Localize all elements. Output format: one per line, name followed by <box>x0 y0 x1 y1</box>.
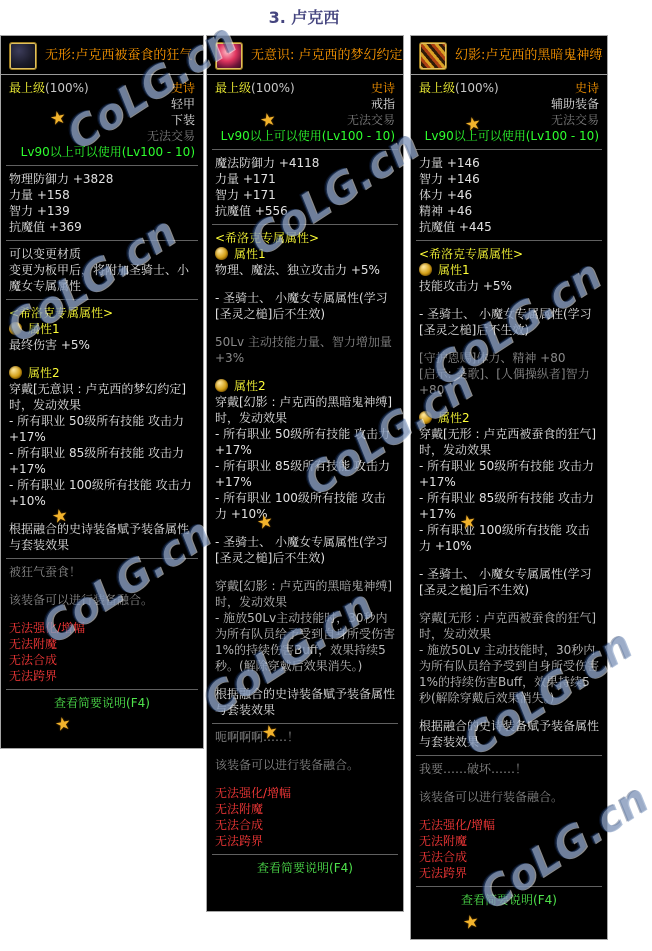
spacer <box>215 366 395 378</box>
sirocco-attribute-icon <box>215 247 228 260</box>
restriction-line: 无法合成 <box>419 849 599 865</box>
restriction-line: 无法附魔 <box>9 636 195 652</box>
tooltip-line: - 所有职业 50级所有技能 攻击力 +17% <box>9 413 195 445</box>
trade-restriction: 无法交易 <box>419 112 599 128</box>
restriction-line: 无法强化/增幅 <box>419 817 599 833</box>
separator <box>416 149 602 150</box>
grade-left: 最上级(100%) <box>215 80 295 96</box>
grade-row: 最上级(100%)史诗 <box>215 80 395 96</box>
tooltip-line: 50Lv 主动技能力量、智力增加量 +3% <box>215 334 395 366</box>
attribute-header: 属性2 <box>215 378 395 394</box>
tooltip-line: - 圣骑士、 小魔女专属属性(学习[圣灵之槌]后不生效) <box>419 306 599 338</box>
restriction-line: 无法合成 <box>215 817 395 833</box>
item-name: 幻影:卢克西的黑暗鬼神缚 <box>455 48 602 64</box>
separator <box>6 558 198 559</box>
rarity-label: 史诗 <box>371 80 395 96</box>
sirocco-attribute-icon <box>9 366 22 379</box>
attribute-header: 属性1 <box>9 321 195 337</box>
restriction-line: 无法强化/增幅 <box>9 620 195 636</box>
spacer <box>419 805 599 817</box>
tooltip-line: - 所有职业 100级所有技能 攻击力 +10% <box>215 490 395 522</box>
separator <box>6 299 198 300</box>
level-requirement: Lv90以上可以使用(Lv100 - 10) <box>215 128 395 144</box>
sirocco-attribute-icon <box>9 322 22 335</box>
grade-percent: (100%) <box>251 81 295 95</box>
tooltip-line: 穿戴[无形 : 卢克西被蚕食的狂气]时，发动效果 <box>419 426 599 458</box>
tooltip-line: 技能攻击力 +5% <box>419 278 599 294</box>
spacer <box>215 745 395 757</box>
ring-item-icon <box>215 42 243 70</box>
tooltip-line: - 所有职业 85级所有技能 攻击力 +17% <box>9 445 195 477</box>
separator <box>6 689 198 690</box>
tooltip-line: 智力 +146 <box>419 171 599 187</box>
title-separator <box>1 74 203 75</box>
item-name: 无形:卢克西被蚕食的狂气 <box>45 48 192 64</box>
item-type-label: 下装 <box>9 112 195 128</box>
tooltip-line: 呃啊啊啊……！ <box>215 729 395 745</box>
tooltip-line: 被狂气蚕食！ <box>9 564 195 580</box>
tooltip-line: <希洛克专属属性> <box>215 230 395 246</box>
trade-restriction: 无法交易 <box>215 112 395 128</box>
spacer <box>215 278 395 290</box>
spacer <box>9 353 195 365</box>
spacer <box>215 566 395 578</box>
tooltip-line: - 所有职业 100级所有技能 攻击力 +10% <box>419 522 599 554</box>
item-type-label: 戒指 <box>215 96 395 112</box>
sirocco-attribute-icon <box>419 411 432 424</box>
separator <box>212 854 398 855</box>
tooltip-line: 智力 +139 <box>9 203 195 219</box>
separator <box>212 149 398 150</box>
tooltip-line: 智力 +171 <box>215 187 395 203</box>
title-separator <box>207 74 403 75</box>
tooltip-line: [启示: 圣歌]、[人偶操纵者]智力 +80 <box>419 366 599 398</box>
spacer <box>9 608 195 620</box>
tooltip-line: 力量 +171 <box>215 171 395 187</box>
tooltip-line: - 圣骑士、 小魔女专属属性(学习[圣灵之槌]后不生效) <box>419 566 599 598</box>
tooltip-line: 力量 +158 <box>9 187 195 203</box>
view-summary-hint: 查看简要说明(F4) <box>9 695 195 711</box>
spacer <box>419 398 599 410</box>
tooltip-line: [守护恩赐]体力、精神 +80 <box>419 350 599 366</box>
separator <box>212 224 398 225</box>
item-grade: 最上级 <box>215 81 251 95</box>
item-tooltip-wuxing-pants: 无形:卢克西被蚕食的狂气最上级(100%)史诗轻甲下装无法交易Lv90以上可以使… <box>0 35 204 749</box>
view-summary-hint: 查看简要说明(F4) <box>215 860 395 876</box>
trade-restriction: 无法交易 <box>9 128 195 144</box>
restriction-line: 无法附魔 <box>419 833 599 849</box>
tooltip-line: - 所有职业 50级所有技能 攻击力 +17% <box>215 426 395 458</box>
tooltip-line: - 圣骑士、 小魔女专属属性(学习[圣灵之槌]后不生效) <box>215 534 395 566</box>
spacer <box>419 777 599 789</box>
tooltip-line: 物理防御力 +3828 <box>9 171 195 187</box>
grade-left: 最上级(100%) <box>9 80 89 96</box>
tooltip-line: - 所有职业 85级所有技能 攻击力 +17% <box>215 458 395 490</box>
grade-percent: (100%) <box>45 81 89 95</box>
pants-item-icon <box>9 42 37 70</box>
spacer <box>215 522 395 534</box>
tooltip-line: - 圣骑士、 小魔女专属属性(学习[圣灵之槌]后不生效) <box>215 290 395 322</box>
spacer <box>215 674 395 686</box>
item-grade: 最上级 <box>9 81 45 95</box>
tooltip-line: 抗魔值 +556 <box>215 203 395 219</box>
rarity-label: 史诗 <box>171 80 195 96</box>
level-requirement: Lv90以上可以使用(Lv100 - 10) <box>419 128 599 144</box>
tooltip-line: - 所有职业 85级所有技能 攻击力 +17% <box>419 490 599 522</box>
spacer <box>419 294 599 306</box>
tooltip-line: 穿戴[无形 : 卢克西被蚕食的狂气]时，发动效果 <box>419 610 599 642</box>
tooltip-line: 魔法防御力 +4118 <box>215 155 395 171</box>
tooltip-line: - 施放50Lv主动技能时，30秒内为所有队员给予受到自身所受伤害1%的持续伤害… <box>215 610 395 674</box>
grade-row: 最上级(100%)史诗 <box>9 80 195 96</box>
attribute-label: 属性2 <box>438 411 470 425</box>
tooltip-line: 力量 +146 <box>419 155 599 171</box>
restriction-line: 无法跨界 <box>9 668 195 684</box>
tooltip-line: 根据融合的史诗装备赋予装备属性与套装效果 <box>215 686 395 718</box>
tooltip-line: 体力 +46 <box>419 187 599 203</box>
tooltip-line: 物理、魔法、独立攻击力 +5% <box>215 262 395 278</box>
tooltip-line: 精神 +46 <box>419 203 599 219</box>
tooltip-line: 穿戴[无意识 : 卢克西的梦幻约定]时，发动效果 <box>9 381 195 413</box>
spacer <box>215 773 395 785</box>
grade-row: 最上级(100%)史诗 <box>419 80 599 96</box>
tooltip-titlebar: 无形:卢克西被蚕食的狂气 <box>9 41 195 74</box>
tooltip-line: <希洛克专属属性> <box>419 246 599 262</box>
restriction-line: 无法强化/增幅 <box>215 785 395 801</box>
item-type-label: 辅助装备 <box>419 96 599 112</box>
spacer <box>419 338 599 350</box>
rarity-label: 史诗 <box>575 80 599 96</box>
grade-left: 最上级(100%) <box>419 80 499 96</box>
item-type-label: 轻甲 <box>9 96 195 112</box>
tooltip-line: 根据融合的史诗装备赋予装备属性与套装效果 <box>419 718 599 750</box>
tooltip-line: 该装备可以进行装备融合。 <box>419 789 599 805</box>
restriction-line: 无法合成 <box>9 652 195 668</box>
page-title: 3. 卢克西 <box>0 5 608 28</box>
title-separator <box>411 74 607 75</box>
level-requirement: Lv90以上可以使用(Lv100 - 10) <box>9 144 195 160</box>
tooltip-line: - 所有职业 100级所有技能 攻击力 +10% <box>9 477 195 509</box>
attribute-header: 属性2 <box>419 410 599 426</box>
restriction-line: 无法跨界 <box>419 865 599 881</box>
tooltip-line: - 施放50Lv 主动技能时，30秒内为所有队员给予受到自身所受伤害1%的持续伤… <box>419 642 599 706</box>
tooltip-line: 抗魔值 +445 <box>419 219 599 235</box>
attribute-label: 属性2 <box>28 366 60 380</box>
sirocco-attribute-icon <box>215 379 228 392</box>
attribute-label: 属性1 <box>28 322 60 336</box>
attribute-header: 属性1 <box>419 262 599 278</box>
item-name: 无意识: 卢克西的梦幻约定 <box>251 48 403 64</box>
view-summary-hint: 查看简要说明(F4) <box>419 892 599 908</box>
spacer <box>419 554 599 566</box>
spacer <box>419 598 599 610</box>
item-tooltip-wuyishi-ring: 无意识: 卢克西的梦幻约定最上级(100%)史诗戒指无法交易Lv90以上可以使用… <box>206 35 404 912</box>
tooltip-line: 抗魔值 +369 <box>9 219 195 235</box>
attribute-header: 属性1 <box>215 246 395 262</box>
separator <box>416 886 602 887</box>
item-grade: 最上级 <box>419 81 455 95</box>
grade-percent: (100%) <box>455 81 499 95</box>
attribute-label: 属性2 <box>234 379 266 393</box>
spacer <box>419 706 599 718</box>
spacer <box>9 580 195 592</box>
tooltip-line: 最终伤害 +5% <box>9 337 195 353</box>
tooltip-titlebar: 无意识: 卢克西的梦幻约定 <box>215 41 395 74</box>
spacer <box>215 322 395 334</box>
separator <box>6 240 198 241</box>
restriction-line: 无法跨界 <box>215 833 395 849</box>
attribute-header: 属性2 <box>9 365 195 381</box>
sirocco-attribute-icon <box>419 263 432 276</box>
tooltip-line: 可以变更材质 <box>9 246 195 262</box>
item-tooltip-huanying-aux: 幻影:卢克西的黑暗鬼神缚最上级(100%)史诗辅助装备无法交易Lv90以上可以使… <box>410 35 608 940</box>
tooltip-line: 变更为板甲后，将附加圣骑士、小魔女专属属性 <box>9 262 195 294</box>
tooltip-titlebar: 幻影:卢克西的黑暗鬼神缚 <box>419 41 599 74</box>
tooltip-line: <希洛克专属属性> <box>9 305 195 321</box>
tooltip-line: 该装备可以进行装备融合。 <box>215 757 395 773</box>
separator <box>416 755 602 756</box>
separator <box>416 240 602 241</box>
attribute-label: 属性1 <box>438 263 470 277</box>
tooltip-line: - 所有职业 50级所有技能 攻击力 +17% <box>419 458 599 490</box>
tooltip-line: 该装备可以进行装备融合。 <box>9 592 195 608</box>
spacer <box>9 509 195 521</box>
attribute-label: 属性1 <box>234 247 266 261</box>
tooltip-line: 根据融合的史诗装备赋予装备属性与套装效果 <box>9 521 195 553</box>
tooltip-line: 穿戴[幻影 : 卢克西的黑暗鬼神缚]时，发动效果 <box>215 394 395 426</box>
talisman-item-icon <box>419 42 447 70</box>
separator <box>6 165 198 166</box>
restriction-line: 无法附魔 <box>215 801 395 817</box>
tooltip-line: 穿戴[幻影 : 卢克西的黑暗鬼神缚]时，发动效果 <box>215 578 395 610</box>
tooltip-line: 我要……破坏……！ <box>419 761 599 777</box>
separator <box>212 723 398 724</box>
